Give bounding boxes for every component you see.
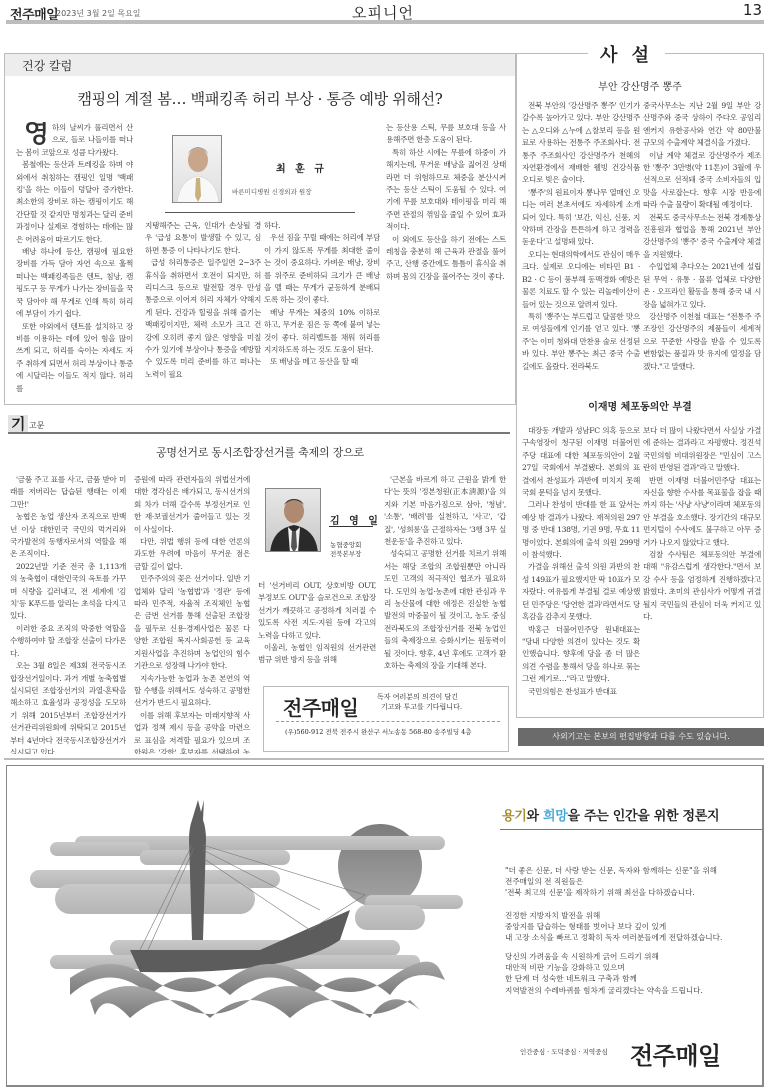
author-name: 최 훈 규 [276,160,327,175]
advertisement-paragraph-1: "더 좋은 신문, 더 사랑 받는 신문, 독자와 함께하는 신문"을 위해 전… [505,865,717,899]
editorial-title-2[interactable]: 이재명 체포동의안 부결 [516,398,764,413]
advertisement-slogan: 용기와 희망을 주는 인간을 위한 정론지 [502,805,719,824]
reader-invite-line-1: 독자 여러분의 의견이 담긴 [377,692,458,702]
health-column-title[interactable]: 캠핑의 계절 봄… 백패킹족 허리 부상 · 통증 예방 위해선? [0,88,520,109]
author-name: 김 영 일 [330,512,381,527]
reader-box-divider [276,721,500,722]
advertisement-tagline: 인간중심 · 도덕중심 · 지역중심 [520,1047,608,1056]
dropcap: 영 [24,122,49,146]
health-column-label: 건강 칼럼 [22,57,72,74]
health-column-label-bar [5,54,515,76]
reader-invite-line-2: 기고와 투고를 기다립니다. [381,702,462,712]
contribution-rule [8,432,510,434]
contribution-col-4: '근본을 바르게 하고 근원을 밝게 한다'는 뜻의 '정본청원(正本淸源)'을… [384,474,506,679]
author-photo [265,488,321,552]
editorial-1-col-2: 중국사무소는 지난 2월 9일 부안 강산명주와 중국 상하이 주다오 공임리엔… [643,100,761,390]
author-title-line-2: 전북본부장 [330,549,361,558]
person-icon [173,136,222,203]
editorial-title-1[interactable]: 부안 강산명주 뽕주 [516,78,764,93]
editorial-2-col-1: 대장동 개발과 성남FC 의혹 등으로 구속영장이 청구된 이재명 더불어민주당… [522,425,640,713]
advertisement-rule [500,829,762,830]
author-divider [329,526,373,527]
author-divider [165,212,355,213]
editorial-2-col-2: 보다 더 많이 나왔다면서 사실상 가결에 준하는 결과라고 자평했다. 정진석… [643,425,761,713]
reader-box-address: (우)560-912 전북 전주시 완산구 서노송동 568-80 송주빌딩 4… [285,727,472,736]
ship-illustration-icon [20,800,475,1050]
health-column-text-2: 지탱해주는 근육, 인대가 손상될 경우 '급성 요통'이 발생할 수 있고, … [145,220,261,400]
advertisement-logo: 전주매일 [630,1036,721,1071]
editorial-header: 사 설 [588,41,665,67]
section-divider [4,758,764,760]
health-column-text-1: 영 하의 날씨가 풀리면서 산으로, 들로 나들이를 떠나는 봄이 코앞으로 성… [16,122,133,400]
person-icon [266,489,321,552]
advertisement-paragraph-2: 진정한 지방자치 발전을 위해 중앙지를 답습하는 형태를 벗어나 보다 깊이 … [505,910,722,944]
contribution-col-1: '금품 주고 표를 사고, 금품 받아 미래를 저버리는 답습된 행태는 이제 … [10,474,126,754]
page-number: 13 [743,1,762,19]
author-title-line-1: 농협중앙회 [330,540,361,549]
masthead-rule [6,20,764,24]
health-column-text-3: 하다. 우선 짐을 꾸릴 때에는 허리에 부담이 가지 않도록 무게를 최대한 … [264,220,380,400]
author-photo [172,135,222,203]
editorial-disclaimer: 사외기고는 본보의 편집방향과 다를 수도 있습니다. [518,728,764,746]
contribution-tag-label: 고문 [29,420,44,431]
editorial-1-col-1: 전북 부안의 '강산명주 뽕주' 인기가 갈수록 높아가고 있다. 부안 강산명… [522,100,640,390]
masthead-date: 2023년 3월 2일 목요일 [56,8,141,19]
newspaper-logo: 전주매일 [283,692,358,721]
health-column-text-4: 는 등산용 스틱, 무릎 보호대 등을 사용해주면 한층 도움이 된다. 특히 … [386,122,506,400]
advertisement-paragraph-3: 당신의 가려움을 속 시원하게 긁어 드리기 위해 대안적 비판 기능을 강화하… [505,951,703,996]
contribution-col-2: 증원에 따라 관련자들의 위법선거에 대한 경각심은 배가되고, 동시선거의 회… [134,474,250,754]
author-title: 바른미디병원 신경외과 원장 [232,187,311,196]
contribution-col-3: 터 '선거비리 OUT, 상호비방 OUT, 부정보도 OUT'을 슬로건으로 … [258,580,376,680]
contribution-tag: 기 [8,415,28,433]
contribution-title[interactable]: 공명선거로 동시조합장선거를 축제의 장으로 [0,444,520,460]
